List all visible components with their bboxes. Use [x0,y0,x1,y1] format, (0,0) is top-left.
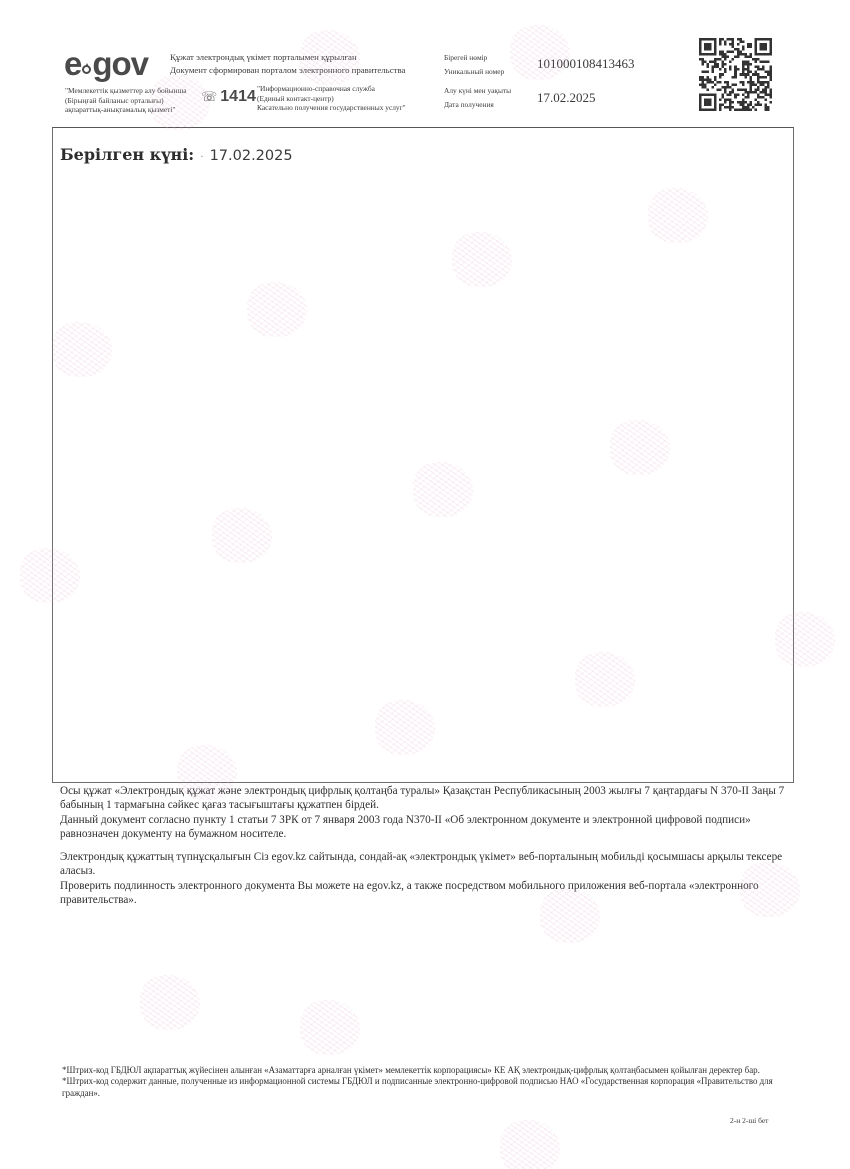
service-ru-line: "Информационно-справочная служба [257,84,406,94]
issued-date-row: Берілген күні: · 17.02.2025 [60,145,293,164]
unique-number-value: 101000108413463 [537,56,635,72]
document-frame [52,127,794,783]
phone-icon: ☏ [201,89,217,105]
service-info-ru: "Информационно-справочная служба (Единый… [257,84,406,113]
service-info-kz: "Мемлекеттік қызметтер алу бойынша (Біры… [65,86,187,115]
service-kz-line: (Бірыңғай байланыс орталығы) [65,96,187,106]
service-kz-line: "Мемлекеттік қызметтер алу бойынша [65,86,187,96]
page-number: 2-н 2-ші бет [730,1116,768,1125]
legal-kz: Осы құжат «Электрондық құжат және электр… [60,784,800,813]
received-label-kz: Алу күні мен уақыты [444,84,511,98]
phone-number: 1414 [220,88,256,106]
unique-number-label-kz: Бірегей нөмір [444,51,504,65]
header-title-ru: Документ сформирован порталом электронно… [170,64,405,77]
received-date-label: Алу күні мен уақыты Дата получения [444,84,511,112]
barcode-notes: *Штрих-код ГБДЮЛ ақпараттық жүйесінен ал… [62,1065,802,1099]
logo-text-e: e [64,47,81,80]
received-date-value: 17.02.2025 [537,90,596,106]
header-title-kz: Құжат электрондық үкімет порталымен құры… [170,51,405,64]
unique-number-label-ru: Уникальный номер [444,65,504,79]
service-kz-line: ақпараттық-анықтамалық қызметі" [65,105,187,115]
logo-arrow-icon [82,65,91,74]
legal-ru: Данный документ согласно пункту 1 статьи… [60,813,800,842]
logo-text-gov: gov [92,47,148,80]
barcode-note-ru: *Штрих-код содержит данные, полученные и… [62,1076,802,1099]
header-title: Құжат электрондық үкімет порталымен құры… [170,51,405,77]
issued-date-label: Берілген күні: [60,145,194,164]
watermark-stamp [140,975,200,1030]
qr-code-icon [699,38,772,111]
verify-ru: Проверить подлинность электронного докум… [60,879,800,908]
legal-equivalence-text: Осы құжат «Электрондық құжат және электр… [60,784,800,841]
verification-text: Электрондық құжаттың түпнұсқалығын Сіз e… [60,850,800,907]
unique-number-label: Бірегей нөмір Уникальный номер [444,51,504,79]
barcode-note-kz: *Штрих-код ГБДЮЛ ақпараттық жүйесінен ал… [62,1065,802,1076]
document-page: e gov Құжат электрондық үкімет порталыме… [0,0,850,1169]
issued-separator: · [200,152,203,163]
verify-kz: Электрондық құжаттың түпнұсқалығын Сіз e… [60,850,800,879]
watermark-stamp [500,1120,560,1169]
service-ru-line: Касательно получения государственных усл… [257,103,406,113]
received-label-ru: Дата получения [444,98,511,112]
egov-logo: e gov [64,47,148,80]
contact-phone: ☏ 1414 [201,88,256,106]
issued-date-value: 17.02.2025 [210,148,293,164]
watermark-stamp [300,1000,360,1055]
service-ru-line: (Единый контакт-центр) [257,94,406,104]
